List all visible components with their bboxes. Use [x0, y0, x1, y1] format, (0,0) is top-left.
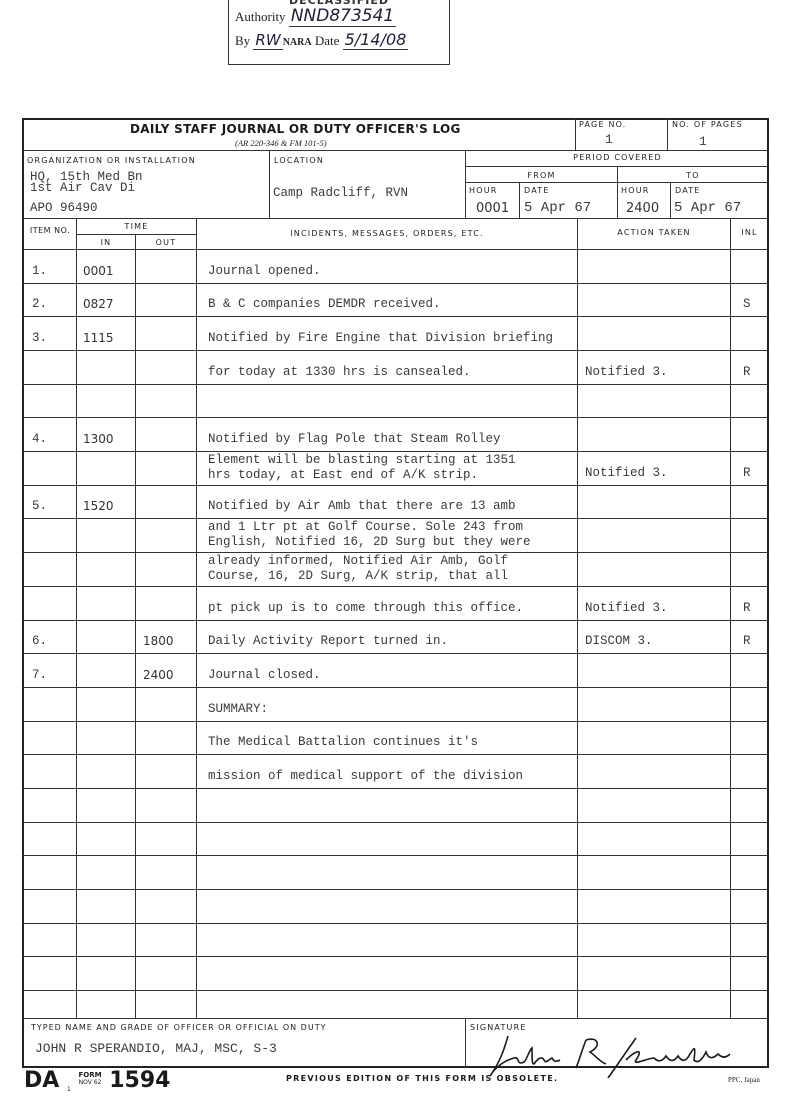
period-covered-label: PERIOD COVERED	[466, 153, 769, 162]
declassification-stamp: DECLASSIFIED Authority NND873541 By RWNA…	[228, 0, 450, 65]
entry-text: mission of medical support of the divisi…	[208, 769, 523, 783]
to-hour-value: 2400	[626, 201, 659, 216]
signature	[486, 1030, 746, 1078]
entry-text: The Medical Battalion continues it's	[208, 735, 478, 749]
from-date-label: DATE	[524, 186, 550, 195]
signature-icon	[486, 1030, 746, 1078]
entry-text: already informed, Notified Air Amb, Golf	[208, 554, 508, 568]
entry-text-continued: English, Notified 16, 2D Surg but they w…	[208, 535, 531, 549]
entry-text: for today at 1330 hrs is cansealed.	[208, 365, 471, 379]
officer-name: JOHN R SPERANDIO, MAJ, MSC, S-3	[35, 1041, 277, 1056]
page-no-label: PAGE NO.	[579, 120, 627, 129]
printer-credit: PPC, Japan	[728, 1076, 760, 1084]
entry-text: Notified by Fire Engine that Division br…	[208, 331, 553, 345]
item-number: 6.	[32, 634, 47, 648]
entry-text-continued: Course, 16, 2D Surg, A/K strip, that all	[208, 569, 508, 583]
page-no-value: 1	[605, 132, 613, 147]
form-title: DAILY STAFF JOURNAL OR DUTY OFFICER'S LO…	[130, 122, 461, 136]
action-taken: Notified 3.	[585, 601, 668, 615]
entry-text: Notified by Air Amb that there are 13 am…	[208, 499, 516, 513]
entry-text: pt pick up is to come through this offic…	[208, 601, 523, 615]
entry-text: Daily Activity Report turned in.	[208, 634, 448, 648]
to-label: TO	[617, 171, 769, 180]
entry-text: Journal closed.	[208, 668, 321, 682]
from-date-value: 5 Apr 67	[524, 200, 591, 216]
location-value: Camp Radcliff, RVN	[273, 186, 408, 200]
entry-text-continued: hrs today, at East end of A/K strip.	[208, 468, 478, 482]
item-number: 3.	[32, 331, 47, 345]
stamp-by-value: RW	[253, 31, 282, 50]
from-hour-label: HOUR	[469, 186, 498, 195]
from-label: FROM	[466, 171, 617, 180]
time-in: 1520	[83, 499, 114, 513]
location-label: LOCATION	[274, 156, 324, 165]
initials: R	[743, 601, 751, 615]
initials: R	[743, 365, 751, 379]
from-hour-value: 0001	[476, 201, 509, 216]
organization-line-3: APO 96490	[30, 203, 98, 214]
organization-label: ORGANIZATION OR INSTALLATION	[27, 156, 196, 165]
action-taken: Notified 3.	[585, 365, 668, 379]
no-of-pages-value: 1	[699, 134, 707, 149]
stamp-authority-value: NND873541	[289, 6, 396, 27]
no-of-pages-label: NO. OF PAGES	[672, 120, 743, 129]
entry-text: B & C companies DEMDR received.	[208, 297, 441, 311]
stamp-authority: Authority NND873541	[235, 6, 396, 27]
entry-text: Element will be blasting starting at 135…	[208, 453, 516, 467]
initials: S	[743, 297, 751, 311]
item-number: 7.	[32, 668, 47, 682]
header-out: OUT	[136, 238, 196, 247]
initials: R	[743, 466, 751, 480]
form-subtitle: (AR 220-346 & FM 101-5)	[235, 138, 327, 148]
item-number: 5.	[32, 499, 47, 513]
to-date-value: 5 Apr 67	[674, 200, 741, 216]
time-in: 0827	[83, 297, 114, 311]
header-time: TIME	[77, 222, 196, 231]
action-taken: DISCOM 3.	[585, 634, 653, 648]
stamp-by: By RWNARA Date 5/14/08	[235, 30, 408, 50]
action-taken: Notified 3.	[585, 466, 668, 480]
form-footer-id: DA 1 FORM NOV 62 1594	[24, 1068, 170, 1097]
time-in: 0001	[83, 264, 114, 278]
entry-text: Notified by Flag Pole that Steam Rolley	[208, 432, 501, 446]
header-inl: INL	[731, 228, 768, 237]
time-out: 1800	[143, 634, 174, 648]
form-number: 1594	[109, 1068, 170, 1093]
organization-line-2: 1st Air Cav Di	[30, 183, 135, 194]
item-number: 4.	[32, 432, 47, 446]
stamp-date-value: 5/14/08	[343, 30, 409, 50]
header-item-no: ITEM NO.	[24, 225, 76, 236]
entry-text: Journal opened.	[208, 264, 321, 278]
to-hour-label: HOUR	[621, 186, 650, 195]
to-date-label: DATE	[675, 186, 701, 195]
header-in: IN	[77, 238, 135, 247]
time-out: 2400	[143, 668, 174, 682]
previous-edition-note: PREVIOUS EDITION OF THIS FORM IS OBSOLET…	[286, 1074, 558, 1083]
entry-text: SUMMARY:	[208, 702, 268, 716]
initials: R	[743, 634, 751, 648]
time-in: 1115	[83, 331, 114, 345]
entry-text: and 1 Ltr pt at Golf Course. Sole 243 fr…	[208, 520, 523, 534]
officer-label: TYPED NAME AND GRADE OF OFFICER OR OFFIC…	[31, 1023, 326, 1032]
header-action-taken: ACTION TAKEN	[578, 228, 730, 237]
header-incidents: INCIDENTS, MESSAGES, ORDERS, ETC.	[197, 229, 577, 238]
item-number: 2.	[32, 297, 47, 311]
item-number: 1.	[32, 264, 47, 278]
time-in: 1300	[83, 432, 114, 446]
